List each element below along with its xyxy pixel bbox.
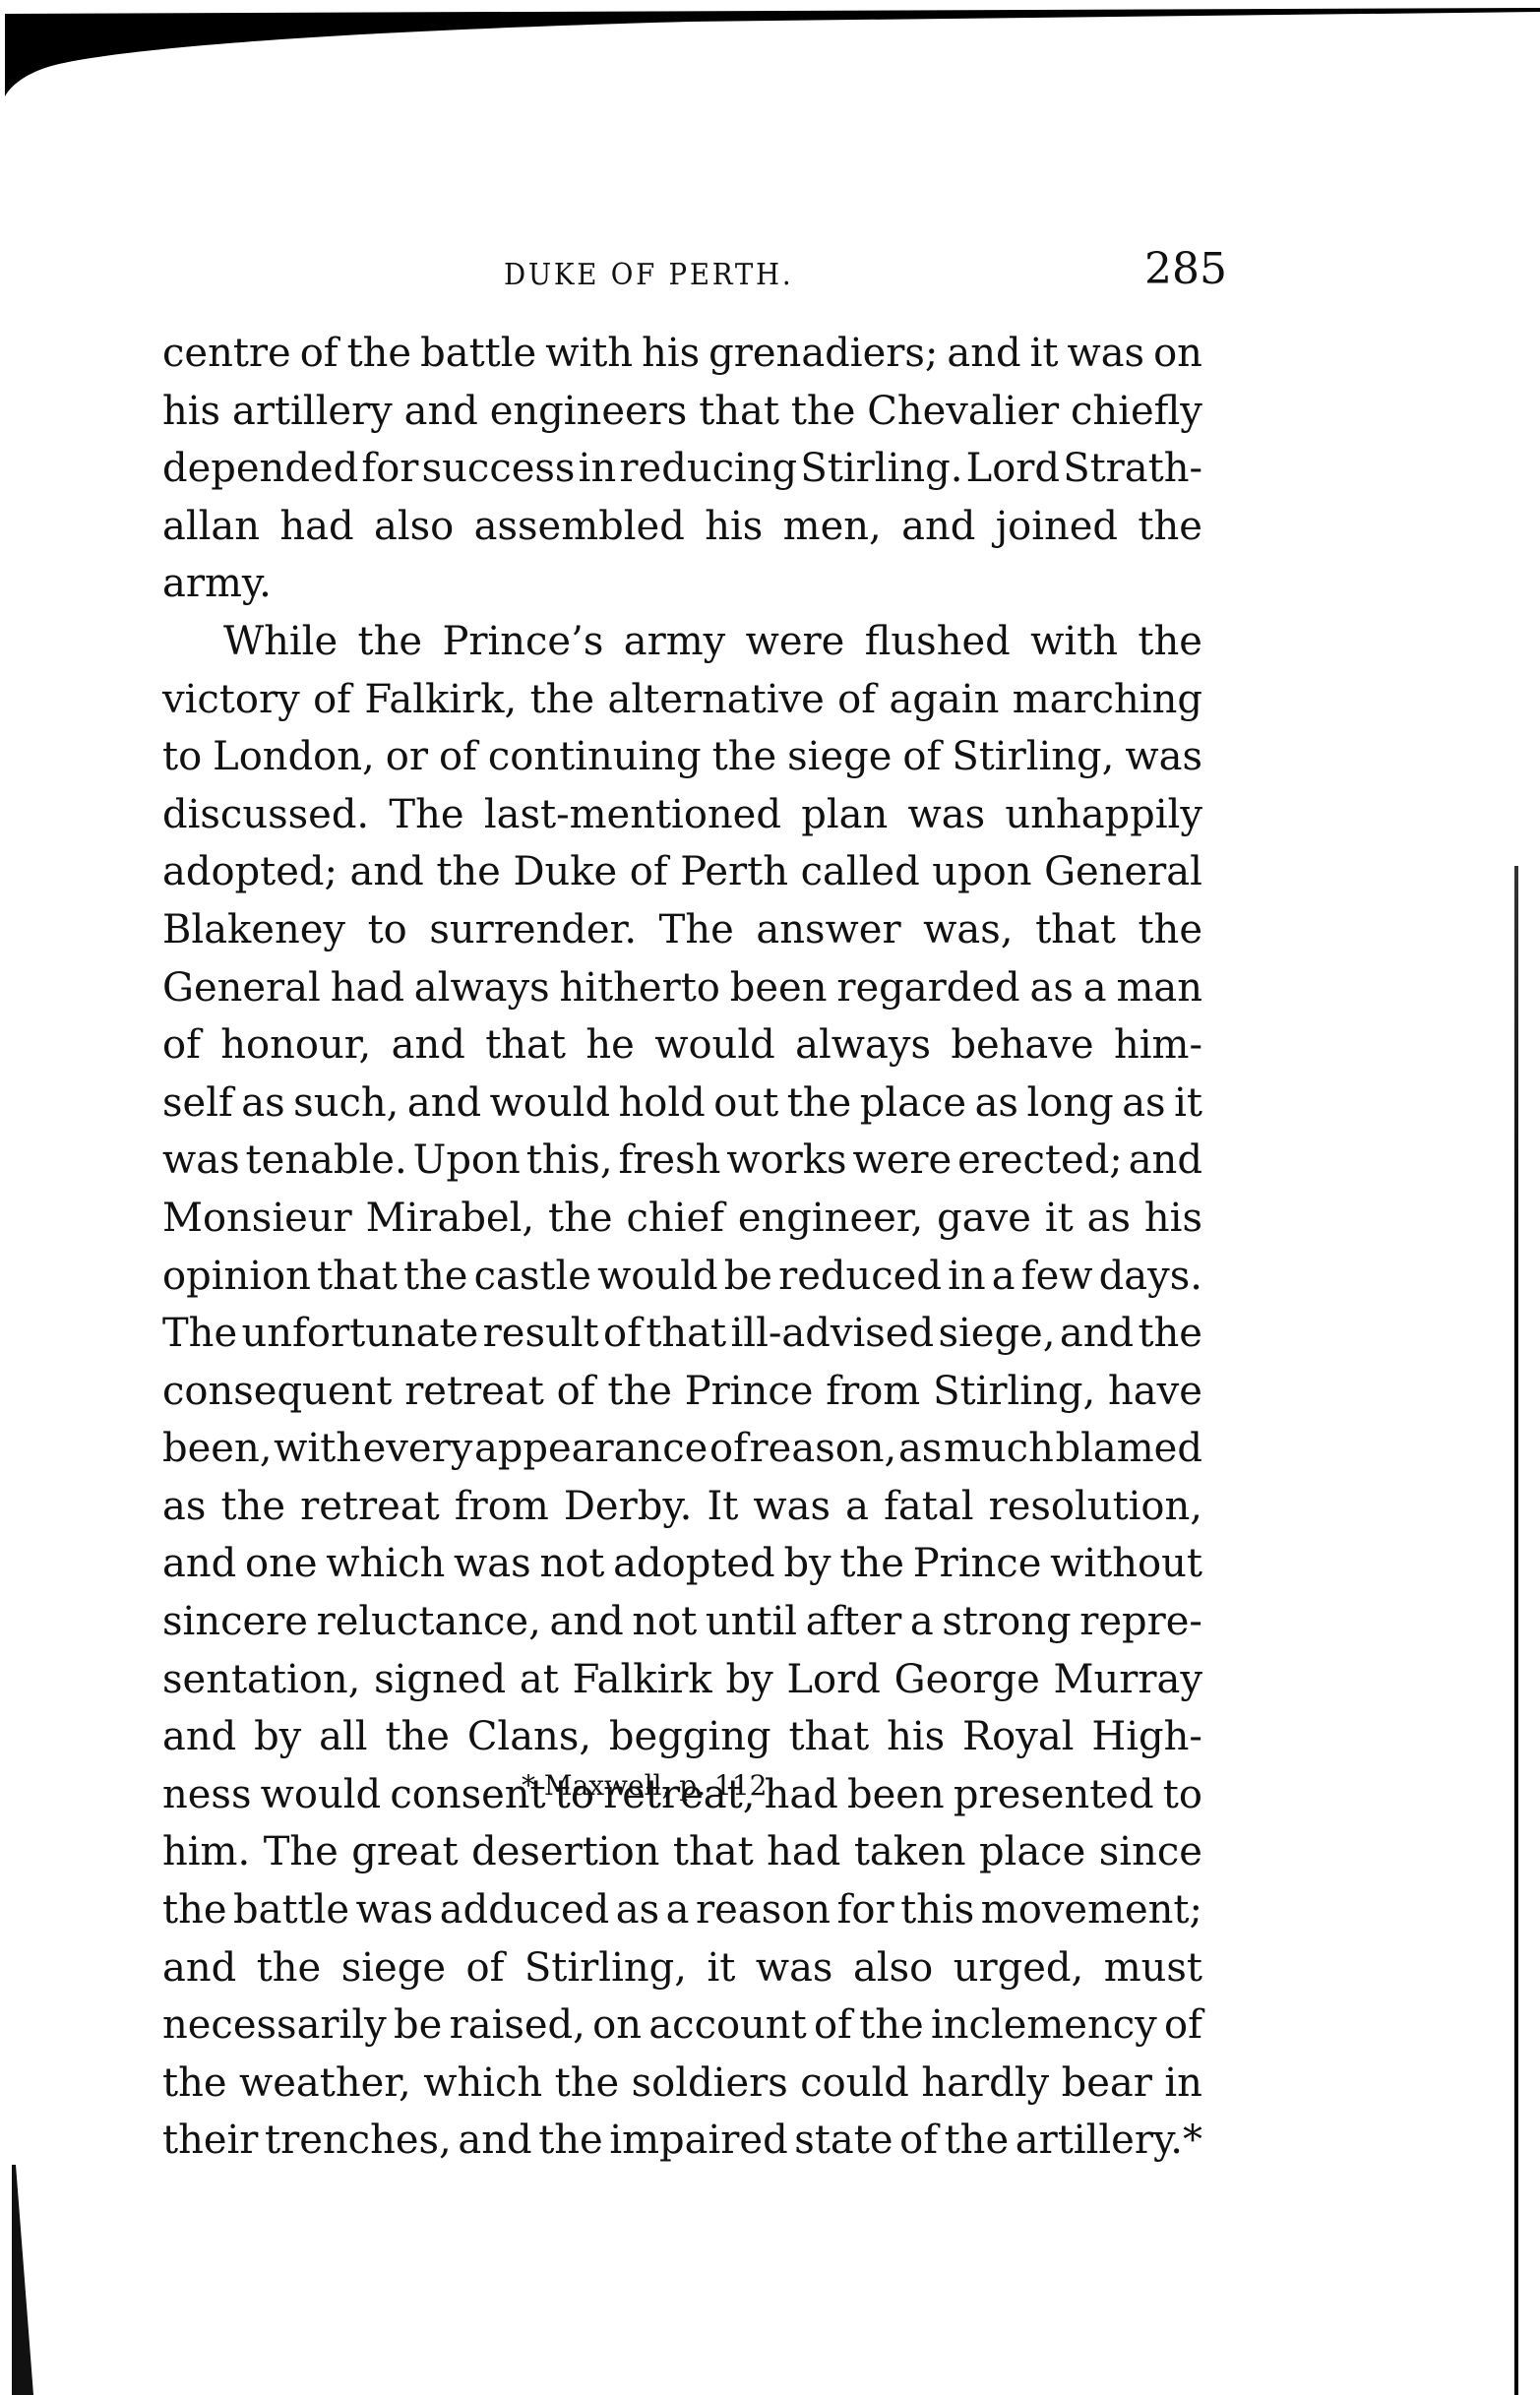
- word: man: [1116, 959, 1202, 1017]
- word: in: [1164, 2055, 1202, 2113]
- word: had: [279, 498, 353, 556]
- word: joined: [996, 498, 1118, 556]
- word: that: [673, 1823, 754, 1881]
- word: London,: [213, 728, 375, 786]
- word: on: [1153, 325, 1202, 383]
- word: castle: [474, 1248, 591, 1306]
- word: of: [709, 1420, 748, 1478]
- word: marching: [1013, 671, 1202, 729]
- word: gave: [937, 1190, 1031, 1248]
- word: of: [603, 1305, 642, 1363]
- word: adduced: [440, 1881, 610, 1939]
- word: after: [806, 1593, 902, 1651]
- word: continuing: [488, 728, 702, 786]
- word: the: [1138, 1305, 1202, 1363]
- word: for: [837, 1881, 894, 1939]
- word: of: [557, 1363, 595, 1421]
- footnote: * Maxwell, p. 112.: [522, 1769, 775, 1802]
- word: was: [356, 1881, 434, 1939]
- word: The: [659, 901, 734, 959]
- word: as: [1087, 1190, 1131, 1248]
- word: with: [545, 325, 633, 383]
- word: out: [713, 1075, 778, 1133]
- text-line: Generalhadalwayshithertobeenregardedasam…: [162, 959, 1202, 1017]
- word: raised,: [450, 1996, 585, 2055]
- word: soldiers: [632, 2055, 788, 2113]
- text-line: been,witheveryappearanceofreason,asmuchb…: [162, 1420, 1202, 1478]
- text-line: sentation,signedatFalkirkbyLordGeorgeMur…: [162, 1651, 1202, 1709]
- word: state: [794, 2112, 893, 2170]
- text-line: andonewhichwasnotadoptedbythePrincewitho…: [162, 1535, 1202, 1593]
- scan-left-smudge: [0, 2165, 39, 2395]
- word: last-mentioned: [484, 786, 781, 844]
- word: place: [860, 1075, 966, 1133]
- word: Clans,: [467, 1708, 591, 1766]
- word: weather,: [239, 2055, 411, 2113]
- word: Strath-: [1063, 440, 1202, 498]
- word: artillery.*: [1016, 2112, 1202, 2170]
- text-line: consequentretreatofthePrincefromStirling…: [162, 1363, 1202, 1421]
- word: and: [1129, 1132, 1202, 1190]
- text-line: Blakeneytosurrender.Theanswerwas,thatthe: [162, 901, 1202, 959]
- word: unhappily: [1005, 786, 1202, 844]
- word: siege: [787, 728, 892, 786]
- word: Murray: [1054, 1651, 1202, 1709]
- word: and: [162, 1708, 236, 1766]
- word: chiefly: [1071, 383, 1202, 441]
- text-line: necessarilyberaised,onaccountoftheinclem…: [162, 1996, 1202, 2055]
- word: army: [624, 613, 726, 671]
- word: assembled: [474, 498, 685, 556]
- word: and: [392, 1016, 465, 1075]
- word: success: [422, 440, 576, 498]
- word: plan: [801, 786, 888, 844]
- text-line: theweather,whichthesoldierscouldhardlybe…: [162, 2055, 1202, 2113]
- word: siege: [341, 1939, 446, 1997]
- word: Derby.: [564, 1478, 692, 1536]
- word: While: [223, 613, 338, 671]
- word: of: [313, 671, 351, 729]
- word: regarded: [836, 959, 1019, 1017]
- page-number: 285: [1144, 244, 1227, 294]
- word: by: [254, 1708, 301, 1766]
- word: or: [386, 728, 428, 786]
- word: his: [705, 498, 763, 556]
- word: to: [368, 901, 407, 959]
- running-head: DUKE OF PERTH.: [504, 258, 793, 292]
- word: him.: [162, 1823, 250, 1881]
- word: reducing: [619, 440, 797, 498]
- word: were: [852, 1132, 952, 1190]
- word: of: [902, 728, 941, 786]
- text-line: discussed.Thelast-mentionedplanwasunhapp…: [162, 786, 1202, 844]
- text-line: adopted;andtheDukeofPerthcalleduponGener…: [162, 843, 1202, 901]
- word: called: [801, 843, 920, 901]
- word: Upon: [413, 1132, 521, 1190]
- word: from: [455, 1478, 549, 1536]
- word: as: [616, 1881, 659, 1939]
- body-text: centreofthebattlewithhisgrenadiers;andit…: [162, 325, 1202, 2170]
- word: been,: [162, 1420, 272, 1478]
- word: unfortunate: [242, 1305, 479, 1363]
- word: long: [1026, 1075, 1113, 1133]
- word: Prince: [685, 1363, 814, 1421]
- word: Stirling,: [524, 1939, 687, 1997]
- word: resolution,: [989, 1478, 1202, 1536]
- word: The: [389, 786, 463, 844]
- word: as: [1029, 959, 1073, 1017]
- word: were: [746, 613, 845, 671]
- word: on: [592, 1996, 642, 2055]
- word: appearance: [474, 1420, 708, 1478]
- word: men,: [783, 498, 882, 556]
- word: and: [350, 843, 424, 901]
- word: it: [1030, 325, 1059, 383]
- word: Prince’s: [442, 613, 603, 671]
- word: artillery: [232, 383, 393, 441]
- word: hold: [619, 1075, 706, 1133]
- text-line: him.Thegreatdesertionthathadtakenplacesi…: [162, 1823, 1202, 1881]
- word: taken: [854, 1823, 966, 1881]
- text-line: andthesiegeofStirling,itwasalsourged,mus…: [162, 1939, 1202, 1997]
- word: ill-advised: [731, 1305, 935, 1363]
- word: his: [162, 383, 220, 441]
- word: with: [274, 1420, 361, 1478]
- word: was: [753, 1478, 831, 1536]
- word: Lord: [966, 440, 1060, 498]
- word: and: [162, 1939, 236, 1997]
- word: allan: [162, 498, 260, 556]
- word: by: [783, 1535, 831, 1593]
- word: a: [1083, 959, 1107, 1017]
- word: blamed: [1055, 1420, 1201, 1478]
- word: reduced: [778, 1248, 942, 1306]
- word: the: [530, 671, 595, 729]
- word: Monsieur: [162, 1190, 352, 1248]
- word: the: [162, 2055, 227, 2113]
- text-line: wastenable.Uponthis,freshworkswereerecte…: [162, 1132, 1202, 1190]
- word: battle: [420, 325, 536, 383]
- word: that: [788, 1708, 869, 1766]
- word: Lord: [786, 1651, 880, 1709]
- word: this: [900, 1881, 974, 1939]
- word: behave: [951, 1016, 1093, 1075]
- word: of: [439, 728, 477, 786]
- word: reason,: [750, 1420, 897, 1478]
- word: upon: [932, 843, 1031, 901]
- word: be: [394, 1996, 442, 2055]
- word: one: [245, 1535, 318, 1593]
- word: It: [707, 1478, 738, 1536]
- word: Royal: [962, 1708, 1074, 1766]
- word: and: [549, 1593, 623, 1651]
- word: of: [837, 671, 876, 729]
- word: victory: [162, 671, 300, 729]
- text-line: theirtrenches,andtheimpairedstateofthear…: [162, 2112, 1202, 2170]
- word: result: [483, 1305, 599, 1363]
- word: the: [162, 1881, 227, 1939]
- word: Falkirk,: [364, 671, 517, 729]
- word: was,: [923, 901, 1013, 959]
- word: such,: [293, 1075, 399, 1133]
- word: chief: [626, 1190, 723, 1248]
- word: Mirabel,: [366, 1190, 535, 1248]
- word: erected;: [957, 1132, 1123, 1190]
- word: that: [646, 1305, 726, 1363]
- word: the: [791, 383, 856, 441]
- word: tenable.: [246, 1132, 407, 1190]
- word: had: [331, 959, 404, 1017]
- word: as: [1122, 1075, 1165, 1133]
- word: Chevalier: [867, 383, 1059, 441]
- word: to: [162, 728, 202, 786]
- word: self: [162, 1075, 233, 1133]
- word: surrender.: [429, 901, 637, 959]
- text-line: WhilethePrince’sarmywereflushedwiththe: [162, 613, 1202, 671]
- word: Duke: [513, 843, 617, 901]
- word: which: [326, 1535, 445, 1593]
- word: great: [351, 1823, 458, 1881]
- word: High-: [1091, 1708, 1202, 1766]
- word: in: [948, 1248, 986, 1306]
- word: the: [538, 2112, 603, 2170]
- word: begging: [609, 1708, 771, 1766]
- word: his: [1144, 1190, 1202, 1248]
- word: that: [485, 1016, 566, 1075]
- word: of: [466, 1939, 505, 1997]
- word: as: [162, 1478, 206, 1536]
- text-line: MonsieurMirabel,thechiefengineer,gaveita…: [162, 1190, 1202, 1248]
- gutter-edge-line: [1514, 866, 1518, 2395]
- word: George: [894, 1651, 1040, 1709]
- word: as: [898, 1420, 942, 1478]
- word: was: [1125, 728, 1202, 786]
- word: General: [1044, 843, 1202, 901]
- word: necessarily: [162, 1996, 387, 2055]
- word: fresh: [619, 1132, 721, 1190]
- word: impaired: [609, 2112, 787, 2170]
- word: would: [490, 1075, 610, 1133]
- word: him-: [1114, 1016, 1202, 1075]
- word: the: [945, 2112, 1010, 2170]
- word: strong: [942, 1593, 1071, 1651]
- word: repre-: [1079, 1593, 1202, 1651]
- word: not: [539, 1535, 604, 1593]
- word: his: [887, 1708, 945, 1766]
- word: that: [317, 1248, 398, 1306]
- word: desertion: [471, 1823, 659, 1881]
- word: for: [361, 440, 418, 498]
- word: was: [1067, 325, 1144, 383]
- word: that: [1035, 901, 1116, 959]
- word: Perth: [680, 843, 788, 901]
- word: the: [787, 1075, 852, 1133]
- word: of: [300, 325, 339, 383]
- word: a: [666, 1881, 690, 1939]
- word: discussed.: [162, 786, 369, 844]
- word: Stirling,: [933, 1363, 1095, 1421]
- word: the: [607, 1363, 672, 1421]
- word: the: [555, 2055, 620, 2113]
- word: with: [1030, 613, 1118, 671]
- word: hardly: [921, 2055, 1049, 2113]
- text-line: thebattlewasadducedasareasonforthismovem…: [162, 1881, 1202, 1939]
- word: alternative: [608, 671, 825, 729]
- word: battle: [233, 1881, 349, 1939]
- word: it: [1174, 1075, 1202, 1133]
- word: always: [414, 959, 550, 1017]
- word: always: [795, 1016, 931, 1075]
- word: that: [699, 383, 779, 441]
- word: of: [814, 1996, 852, 2055]
- word: was: [908, 786, 986, 844]
- word: the: [257, 1939, 322, 1997]
- word: presented: [954, 1766, 1154, 1824]
- word: depended: [162, 440, 358, 498]
- word: Falkirk: [573, 1651, 712, 1709]
- word: ness: [162, 1766, 252, 1824]
- word: reason: [696, 1881, 831, 1939]
- word: again: [889, 671, 999, 729]
- text-line: toLondon,orofcontinuingthesiegeofStirlin…: [162, 728, 1202, 786]
- word: from: [826, 1363, 920, 1421]
- word: and: [407, 1075, 481, 1133]
- word: days.: [1099, 1248, 1202, 1306]
- word: also: [374, 498, 454, 556]
- text-line: opinionthatthecastlewouldbereducedinafew…: [162, 1248, 1202, 1306]
- word: hitherto: [560, 959, 720, 1017]
- word: a: [992, 1248, 1016, 1306]
- word: was: [162, 1132, 240, 1190]
- word: answer: [756, 901, 900, 959]
- word: engineer,: [738, 1190, 923, 1248]
- word: not: [632, 1593, 697, 1651]
- word: signed: [374, 1651, 506, 1709]
- word: urged,: [954, 1939, 1083, 1997]
- word: would: [654, 1016, 774, 1075]
- word: bear: [1062, 2055, 1152, 2113]
- word: of: [1164, 1996, 1202, 2055]
- word: Blakeney: [162, 901, 345, 959]
- word: of: [630, 843, 668, 901]
- word: retreat: [404, 1363, 544, 1421]
- word: adopted: [613, 1535, 775, 1593]
- word: the: [859, 1996, 924, 2055]
- text-line: dependedforsuccessinreducingStirling.Lor…: [162, 440, 1202, 498]
- word: by: [725, 1651, 772, 1709]
- word: which: [423, 2055, 542, 2113]
- word: fatal: [884, 1478, 973, 1536]
- text-line: Theunfortunateresultofthatill-advisedsie…: [162, 1305, 1202, 1363]
- word: been: [847, 1766, 945, 1824]
- word: the: [403, 1248, 468, 1306]
- word: as: [975, 1075, 1018, 1133]
- word: all: [319, 1708, 367, 1766]
- text-line: sincerereluctance,andnotuntilafterastron…: [162, 1593, 1202, 1651]
- word: as: [241, 1075, 284, 1133]
- word: a: [910, 1593, 934, 1651]
- word: Stirling,: [952, 728, 1114, 786]
- word: and: [947, 325, 1020, 383]
- word: of: [899, 2112, 938, 2170]
- word: the: [839, 1535, 904, 1593]
- text-line: ofhonour,andthathewouldalwaysbehavehim-: [162, 1016, 1202, 1075]
- scan-edge-shadow: [0, 0, 1540, 108]
- word: at: [520, 1651, 559, 1709]
- word: retreat: [300, 1478, 440, 1536]
- word: engineers: [490, 383, 688, 441]
- word: The: [264, 1823, 339, 1881]
- word: honour,: [220, 1016, 371, 1075]
- word: and: [1060, 1305, 1134, 1363]
- word: General: [162, 959, 321, 1017]
- word: sentation,: [162, 1651, 360, 1709]
- text-line: andbyalltheClans,beggingthathisRoyalHigh…: [162, 1708, 1202, 1766]
- word: he: [585, 1016, 634, 1075]
- word: the: [1138, 498, 1202, 556]
- word: in: [579, 440, 617, 498]
- word: centre: [162, 325, 291, 383]
- word: until: [706, 1593, 797, 1651]
- word: and: [404, 383, 478, 441]
- word: would: [597, 1248, 717, 1306]
- word: trenches,: [265, 2112, 452, 2170]
- word: inclemency: [931, 1996, 1157, 2055]
- word: could: [800, 2055, 909, 2113]
- word: the: [1138, 613, 1202, 671]
- word: Stirling.: [800, 440, 962, 498]
- word: since: [1099, 1823, 1202, 1881]
- word: army.: [162, 555, 272, 613]
- word: The: [162, 1305, 237, 1363]
- word: his: [642, 325, 700, 383]
- word: works: [726, 1132, 846, 1190]
- word: be: [724, 1248, 772, 1306]
- word: few: [1021, 1248, 1093, 1306]
- word: would: [261, 1766, 381, 1824]
- text-line: selfassuch,andwouldholdouttheplaceaslong…: [162, 1075, 1202, 1133]
- word: been: [730, 959, 828, 1017]
- word: the: [385, 1708, 450, 1766]
- word: much: [944, 1420, 1054, 1478]
- word: the: [347, 325, 412, 383]
- text-line: astheretreatfromDerby.Itwasafatalresolut…: [162, 1478, 1202, 1536]
- word: reluctance,: [317, 1593, 541, 1651]
- word: grenadiers;: [708, 325, 938, 383]
- word: the: [1138, 901, 1202, 959]
- word: the: [712, 728, 777, 786]
- word: to: [1163, 1766, 1202, 1824]
- word: Prince: [913, 1535, 1042, 1593]
- word: siege,: [938, 1305, 1055, 1363]
- word: sincere: [162, 1593, 308, 1651]
- word: the: [220, 1478, 285, 1536]
- word: the: [548, 1190, 613, 1248]
- word: a: [845, 1478, 869, 1536]
- word: and: [162, 1535, 236, 1593]
- word: flushed: [865, 613, 1011, 671]
- word: must: [1104, 1939, 1202, 1997]
- text-line: hisartilleryandengineersthattheChevalier…: [162, 383, 1202, 441]
- word: and: [901, 498, 975, 556]
- word: it: [1045, 1190, 1074, 1248]
- word: consequent: [162, 1363, 392, 1421]
- word: and: [458, 2112, 531, 2170]
- word: account: [648, 1996, 806, 2055]
- word: every: [363, 1420, 473, 1478]
- word: was: [756, 1939, 833, 1997]
- word: opinion: [162, 1248, 311, 1306]
